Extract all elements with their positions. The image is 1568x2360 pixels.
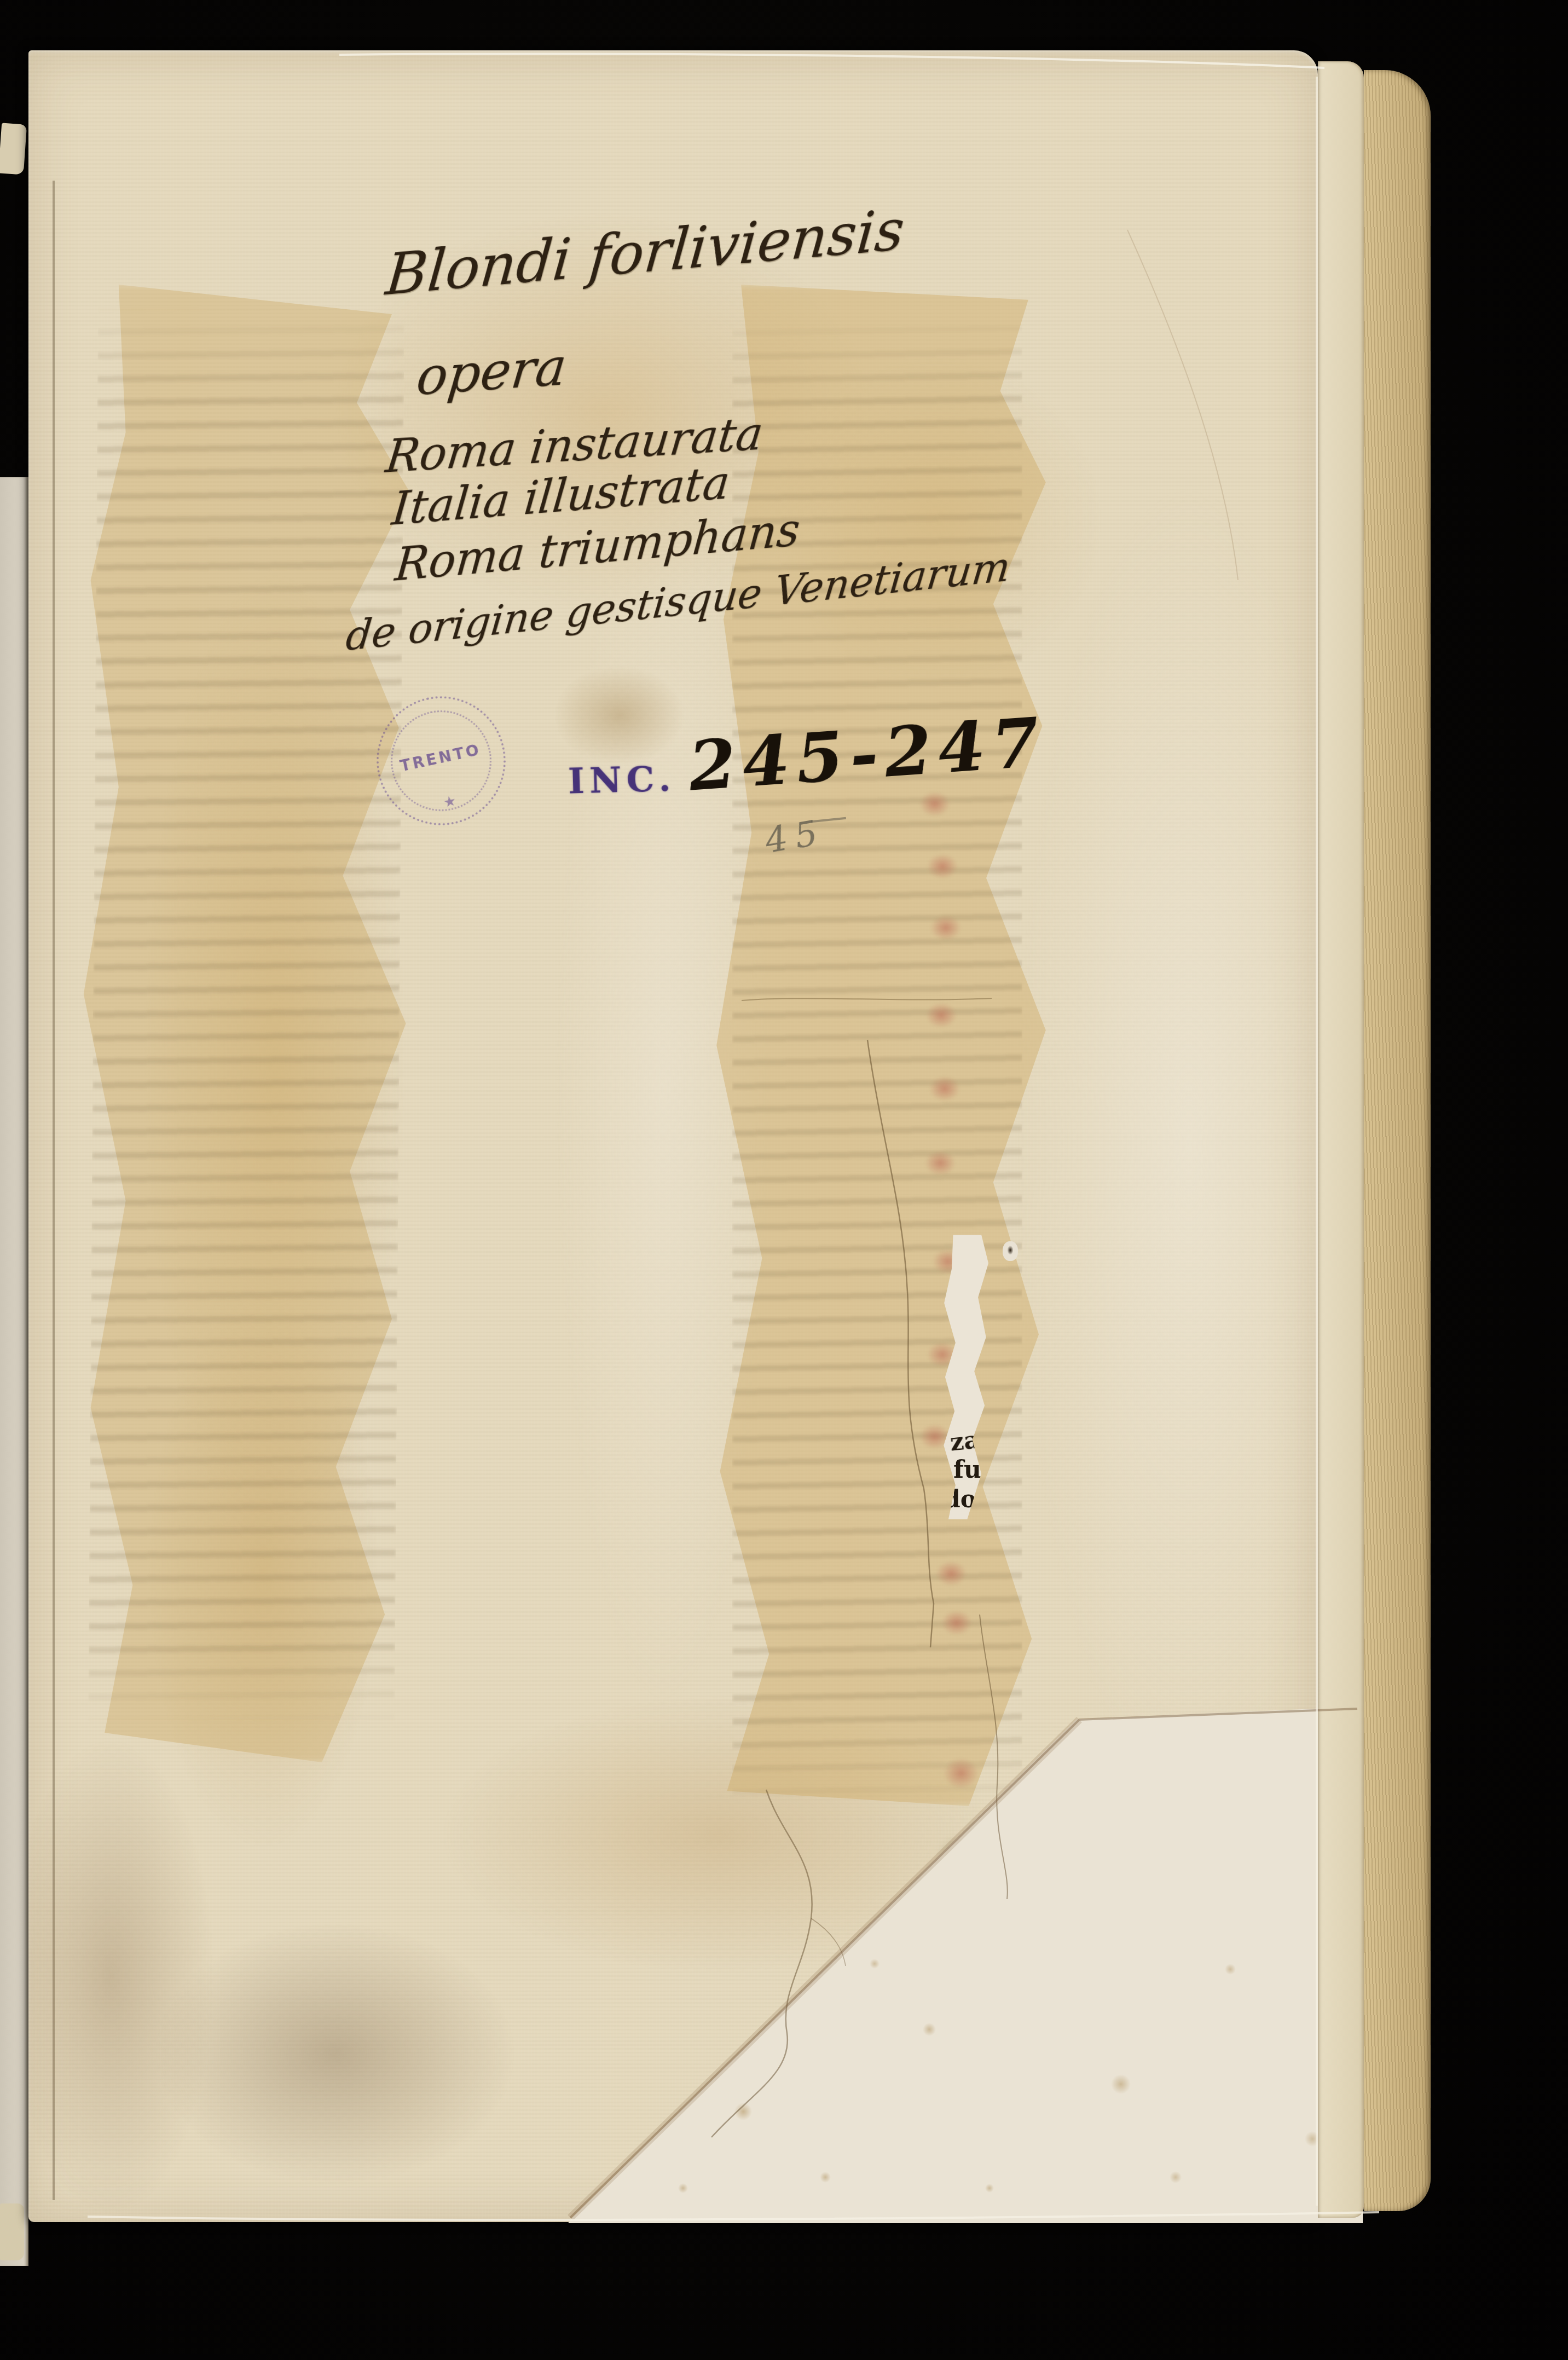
tear-speck bbox=[1003, 1241, 1018, 1261]
inscription-line-opera: opera bbox=[414, 337, 569, 408]
library-stamp: TRENTO ★ bbox=[364, 684, 518, 837]
paper-tab-top bbox=[0, 123, 27, 175]
rubric-mark bbox=[941, 1610, 972, 1635]
rubric-mark bbox=[936, 1561, 967, 1586]
shelfmark-stamp-prefix: INC. bbox=[568, 758, 676, 802]
rubric-mark bbox=[929, 1076, 960, 1101]
rubric-mark bbox=[927, 854, 958, 879]
gutter-leaf-edge bbox=[0, 477, 28, 2266]
rubric-mark bbox=[926, 1003, 957, 1028]
printed-fragment: fu bbox=[953, 1456, 981, 1484]
bleedthrough-text-left bbox=[88, 305, 404, 1725]
next-leaf-edge bbox=[1318, 61, 1364, 2218]
book-fore-edge bbox=[1364, 70, 1431, 2211]
manuscript-photo: za fu do Blondi forliviensis opera Roma … bbox=[0, 0, 1568, 2360]
paper-tab-bottom bbox=[0, 2203, 24, 2260]
rubric-mark bbox=[944, 1758, 979, 1789]
rubric-mark bbox=[919, 791, 950, 817]
rubric-mark bbox=[925, 1150, 956, 1176]
rubric-mark bbox=[930, 915, 961, 940]
